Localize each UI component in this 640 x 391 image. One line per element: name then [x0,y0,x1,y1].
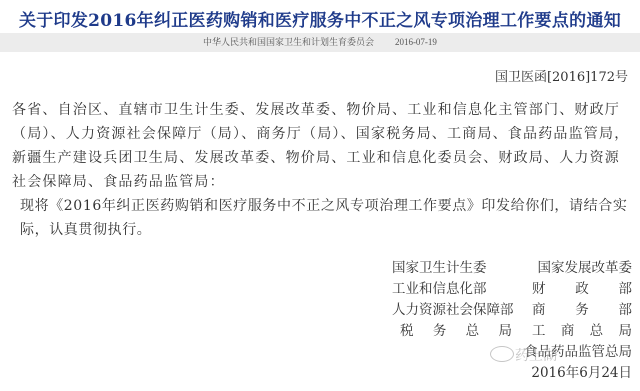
page-title: 关于印发2016年纠正医药购销和医疗服务中不正之风专项治理工作要点的通知 [0,6,640,31]
meta-band: 中华人民共和国国家卫生和计划生育委员会 2016-07-19 [0,33,640,52]
source-org: 中华人民共和国国家卫生和计划生育委员会 [203,38,374,48]
signer: 国家发展改革委 [532,258,632,279]
signers-block: 国家卫生计生委 国家发展改革委 工业和信息化部 财 政 部 人力资源社会保障部 … [392,258,632,384]
signer: 人力资源社会保障部 [392,300,520,321]
signer-row: 税 务 总 局 工 商 总 局 [392,321,632,342]
signer: 财 政 部 [532,279,632,300]
signer: 税 务 总 局 [392,321,520,342]
recipients-paragraph: 各省、自治区、直辖市卫生计生委、发展改革委、物价局、工业和信息化主管部门、财政厅… [12,98,632,194]
watermark-text: 药上湖 [515,345,557,365]
signer: 工业和信息化部 [392,279,520,300]
signed-date: 2016年6月24日 [531,363,632,384]
signed-date-row: 2016年6月24日 [392,363,632,384]
signer-row: 人力资源社会保障部 商 务 部 [392,300,632,321]
signer-row: 国家卫生计生委 国家发展改革委 [392,258,632,279]
body-paragraph: 现将《2016年纠正医药购销和医疗服务中不正之风专项治理工作要点》印发给你们，请… [12,194,632,242]
watermark-logo-icon [490,346,514,362]
signer: 国家卫生计生委 [392,258,520,279]
document-body: 各省、自治区、直辖市卫生计生委、发展改革委、物价局、工业和信息化主管部门、财政厅… [12,98,632,242]
document-number: 国卫医函[2016]172号 [495,66,628,85]
publish-date: 2016-07-19 [395,37,437,47]
signer: 商 务 部 [532,300,632,321]
signer-row: 工业和信息化部 财 政 部 [392,279,632,300]
signer: 工 商 总 局 [532,321,632,342]
